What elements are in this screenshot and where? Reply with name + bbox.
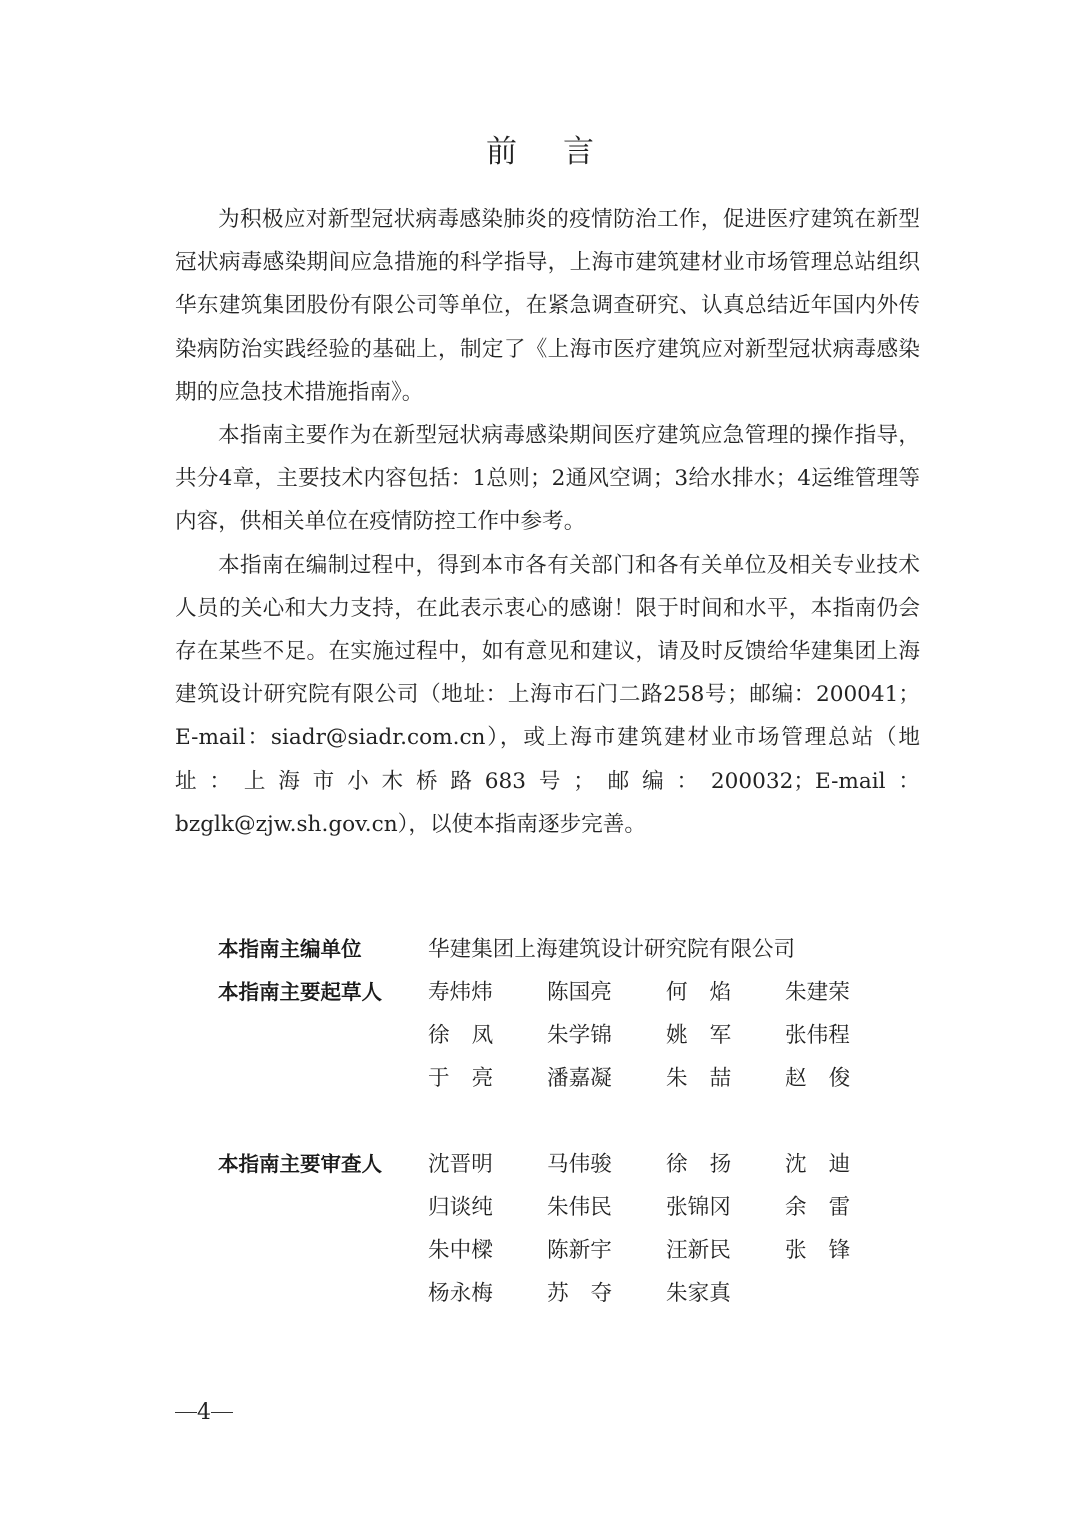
reviewers-list: 沈晋明 马伟骏 徐扬 沈迪 归谈纯 朱伟民 张锦冈 余雷 朱中樑 陈新宇 汪新民… [428,1143,904,1315]
reviewer-name: 沈迪 [785,1143,904,1186]
drafter-name: 于亮 [428,1057,547,1100]
document-page: 前言 为积极应对新型冠状病毒感染肺炎的疫情防治工作，促进医疗建筑在新型冠状病毒感… [0,0,1080,1525]
reviewer-name: 朱家真 [666,1272,785,1315]
chief-editor-value: 华建集团上海建筑设计研究院有限公司 [428,928,795,971]
drafter-name: 张伟程 [785,1014,904,1057]
reviewers-row: 本指南主要审查人 沈晋明 马伟骏 徐扬 沈迪 归谈纯 朱伟民 张锦冈 余雷 朱中… [218,1143,898,1315]
drafter-name: 寿炜炜 [428,971,547,1014]
drafter-name: 徐凤 [428,1014,547,1057]
drafter-name: 潘嘉凝 [547,1057,666,1100]
drafter-name: 姚军 [666,1014,785,1057]
reviewer-name: 归谈纯 [428,1186,547,1229]
preface-body: 为积极应对新型冠状病毒感染肺炎的疫情防治工作，促进医疗建筑在新型冠状病毒感染期间… [175,198,920,846]
drafter-name: 赵俊 [785,1057,904,1100]
drafter-name: 朱学锦 [547,1014,666,1057]
drafters-list: 寿炜炜 陈国亮 何焰 朱建荣 徐凤 朱学锦 姚军 张伟程 于亮 潘嘉凝 朱喆 赵… [428,971,904,1100]
dash-right [211,1412,233,1414]
reviewer-name: 朱伟民 [547,1186,666,1229]
chief-editor-label: 本指南主编单位 [218,928,428,971]
reviewer-name: 杨永梅 [428,1272,547,1315]
reviewer-name: 张锦冈 [666,1186,785,1229]
reviewer-name: 余雷 [785,1186,904,1229]
drafters-row: 本指南主要起草人 寿炜炜 陈国亮 何焰 朱建荣 徐凤 朱学锦 姚军 张伟程 于亮… [218,971,898,1100]
page-title: 前言 [0,126,1080,171]
credits-section: 本指南主编单位 华建集团上海建筑设计研究院有限公司 本指南主要起草人 寿炜炜 陈… [218,928,898,1315]
reviewers-label: 本指南主要审查人 [218,1143,428,1186]
page-number: 4 [175,1400,233,1425]
drafter-name: 陈国亮 [547,971,666,1014]
reviewer-name: 张锋 [785,1229,904,1272]
dash-left [175,1412,197,1414]
section-spacer [218,1100,898,1143]
page-number-value: 4 [197,1400,211,1425]
reviewer-name: 朱中樑 [428,1229,547,1272]
reviewer-name: 汪新民 [666,1229,785,1272]
reviewer-name: 沈晋明 [428,1143,547,1186]
drafter-name: 何焰 [666,971,785,1014]
reviewer-name: 马伟骏 [547,1143,666,1186]
paragraph-2: 本指南主要作为在新型冠状病毒感染期间医疗建筑应急管理的操作指导，共分4章，主要技… [175,414,920,544]
drafter-name: 朱喆 [666,1057,785,1100]
reviewer-name: 陈新宇 [547,1229,666,1272]
reviewer-name: 徐扬 [666,1143,785,1186]
paragraph-3: 本指南在编制过程中，得到本市各有关部门和各有关单位及相关专业技术人员的关心和大力… [175,544,920,846]
drafters-label: 本指南主要起草人 [218,971,428,1014]
paragraph-1: 为积极应对新型冠状病毒感染肺炎的疫情防治工作，促进医疗建筑在新型冠状病毒感染期间… [175,198,920,414]
drafter-name: 朱建荣 [785,971,904,1014]
chief-editor-row: 本指南主编单位 华建集团上海建筑设计研究院有限公司 [218,928,898,971]
reviewer-name: 苏夺 [547,1272,666,1315]
